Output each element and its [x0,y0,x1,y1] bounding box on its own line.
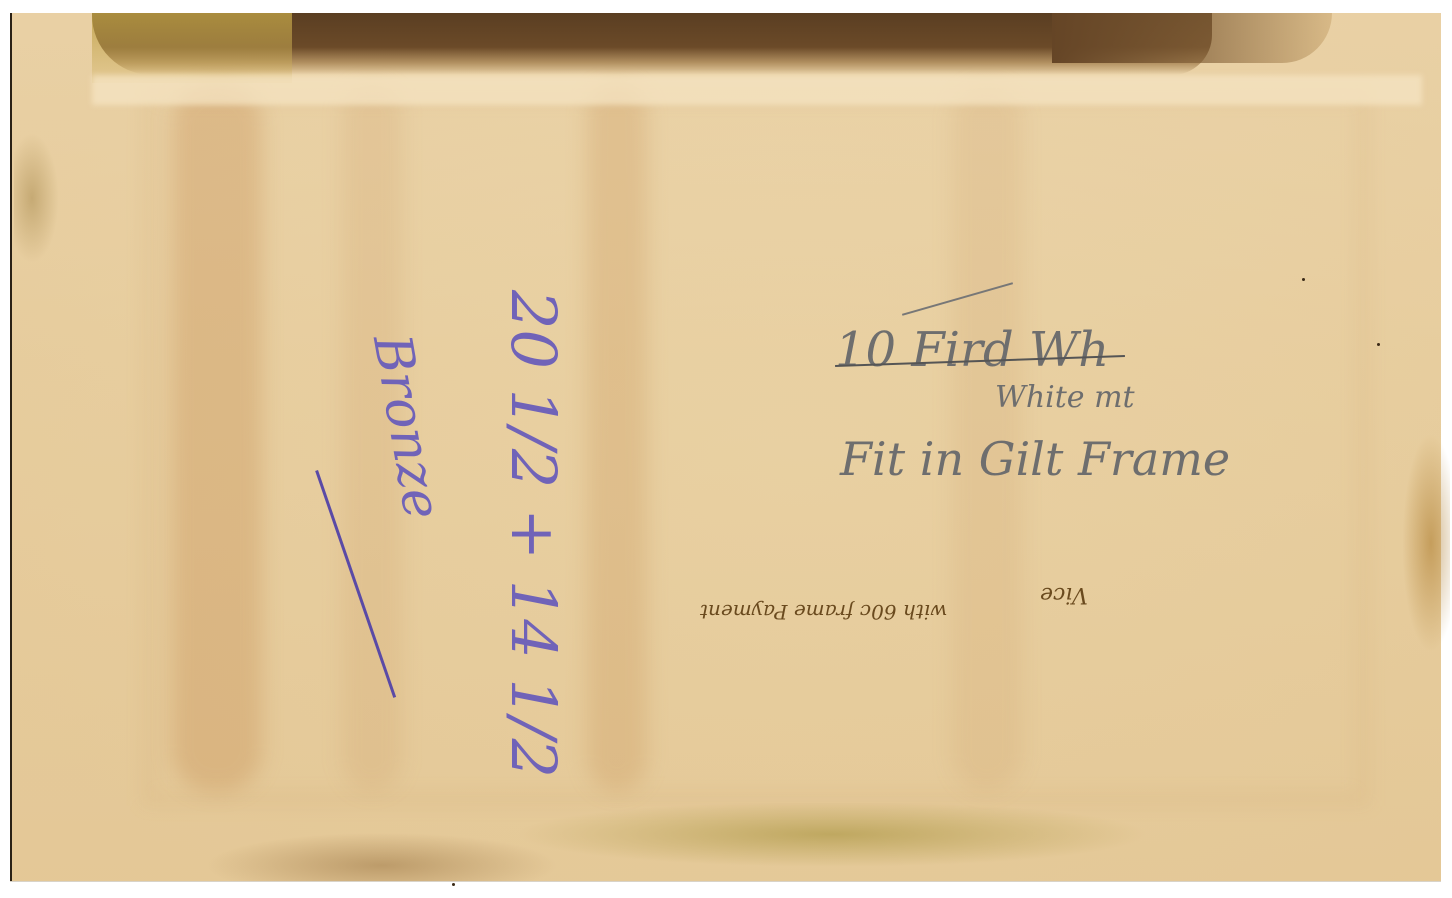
left-edge-stain [14,133,59,263]
ink-note-upside-down-1: Vice [1040,582,1088,607]
top-edge-damage-right [1052,13,1332,63]
bottom-edge-stain [182,803,1182,881]
pencil-note-struck: 10 Fird Wh [835,322,1109,378]
speck [1302,278,1305,281]
pencil-note-fit-in-gilt-frame: Fit in Gilt Frame [840,432,1230,486]
speck [452,883,455,886]
torn-paper-strip [92,75,1422,105]
speck [1377,343,1380,346]
purple-dimensions: 20 1/2 + 14 1/2 [497,290,570,778]
ink-note-upside-down-2: with 60c frame Payment [700,600,947,624]
pencil-note-white-mt: White mt [995,380,1135,415]
top-edge-residue [92,13,292,83]
right-edge-stain [1402,433,1450,653]
